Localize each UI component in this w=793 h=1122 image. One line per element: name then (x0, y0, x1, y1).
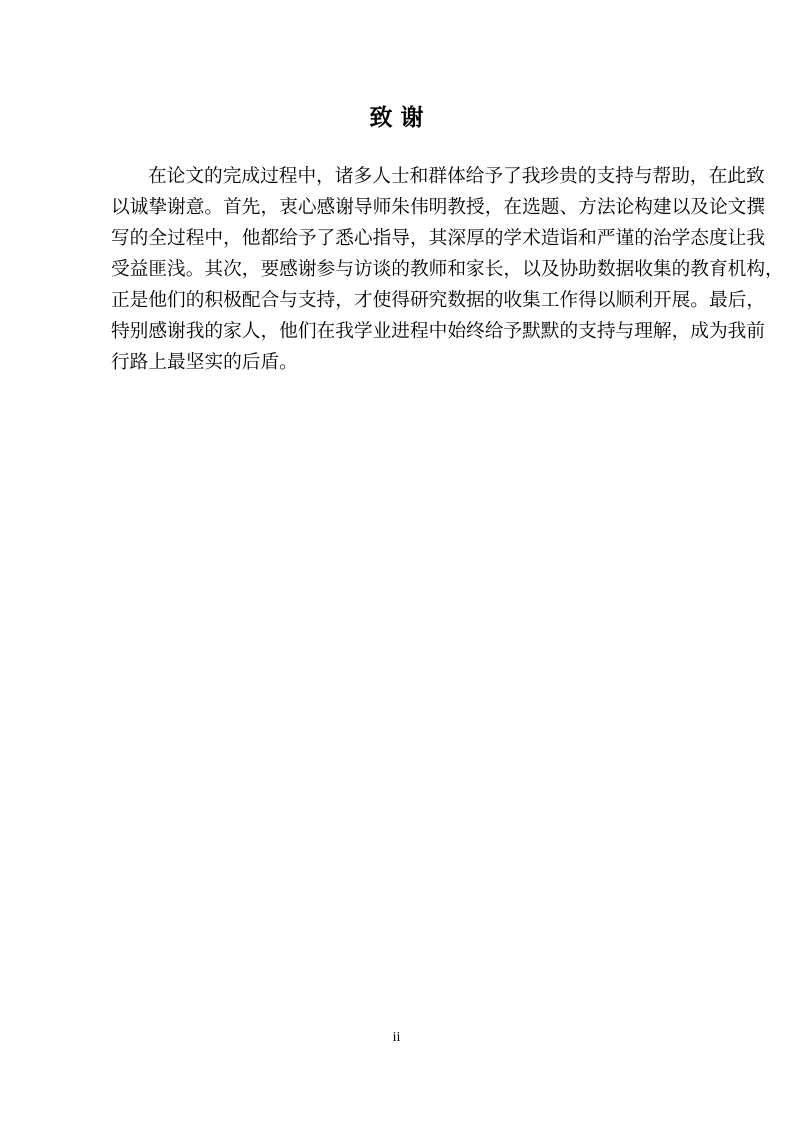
page-title: 致谢 (0, 103, 793, 133)
paragraph-line: 特别感谢我的家人，他们在我学业进程中始终给予默默的支持与理解，成为我前 (111, 316, 678, 347)
paragraph-line: 行路上最坚实的后盾。 (111, 347, 678, 378)
paragraph-line: 写的全过程中，他都给予了悉心指导，其深厚的学术造诣和严谨的治学态度让我 (111, 223, 678, 254)
paragraph-line: 正是他们的积极配合与支持，才使得研究数据的收集工作得以顺利开展。最后， (111, 285, 678, 316)
paragraph-line: 以诚挚谢意。首先，衷心感谢导师朱伟明教授，在选题、方法论构建以及论文撰 (111, 192, 678, 223)
acknowledgments-paragraph: 在论文的完成过程中，诸多人士和群体给予了我珍贵的支持与帮助，在此致 以诚挚谢意。… (111, 161, 678, 378)
page-number: ii (0, 1029, 793, 1046)
paragraph-line: 受益匪浅。其次，要感谢参与访谈的教师和家长，以及协助数据收集的教育机构， (111, 254, 678, 285)
document-page: 致谢 在论文的完成过程中，诸多人士和群体给予了我珍贵的支持与帮助，在此致 以诚挚… (0, 0, 793, 1122)
paragraph-line: 在论文的完成过程中，诸多人士和群体给予了我珍贵的支持与帮助，在此致 (111, 161, 678, 192)
